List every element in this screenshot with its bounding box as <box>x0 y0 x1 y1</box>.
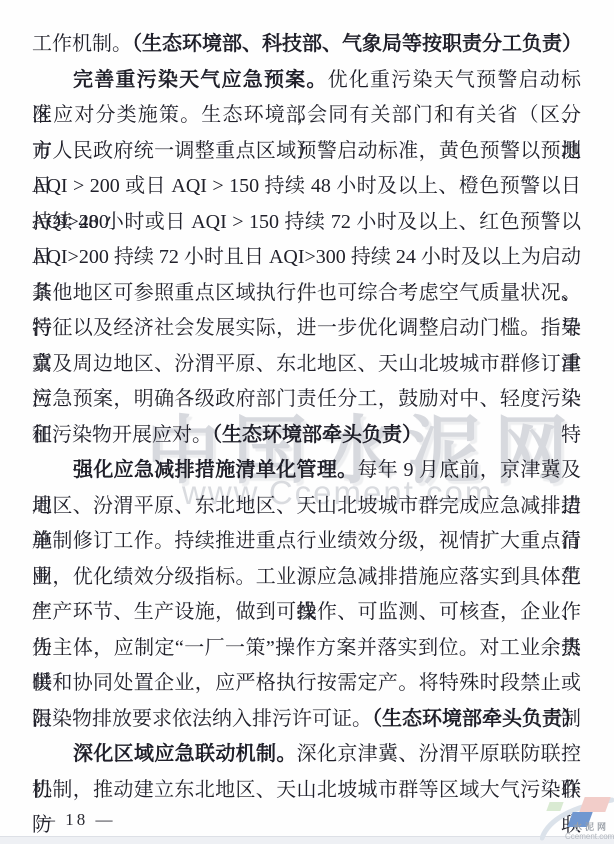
text-line: 机制，推动建立东北地区、天山北坡城市群等区域大气污染联防联 <box>32 773 581 809</box>
bold-text-segment: （生态环境部、科技部、气象局等按职责分工负责） <box>132 33 582 55</box>
text-line: AQI>200 持续 72 小时且日 AQI>300 持续 24 小时及以上为启… <box>32 240 581 276</box>
text-line: 区应对分类施策。生态环境部会同有关部门和有关省（区、市）地 <box>32 98 581 134</box>
text-line: 冀及周边地区、汾渭平原、东北地区、天山北坡城市群修订重污染 <box>32 347 581 383</box>
text-line: 应急预案，明确各级政府部门责任分工，鼓励对中、轻度污染和特 <box>32 382 581 418</box>
text-segment: 征污染物开展应对。 <box>32 424 212 446</box>
text-line: 污染物排放要求依法纳入排污许可证。（生态环境部牵头负责） <box>32 702 581 738</box>
logo-diamond-pink-icon <box>579 797 610 812</box>
text-line: 深化区域应急联动机制。深化京津冀、汾渭平原联防联控协作 <box>32 737 581 773</box>
text-line: 完善重污染天气应急预案。优化重污染天气预警启动标准，分 <box>32 63 581 99</box>
text-line: 工作机制。（生态环境部、科技部、气象局等按职责分工负责） <box>32 27 581 63</box>
text-line: 强化应急减排措施清单化管理。每年 9 月底前，京津冀及周边 <box>32 453 581 489</box>
text-line: 生产环节、生产设施，做到可操作、可监测、可核查，企业作为责 <box>32 595 581 631</box>
text-line: 单制修订工作。持续推进重点行业绩效分级，视情扩大重点行业范 <box>32 524 581 560</box>
bold-text-segment: 深化区域应急联动机制。 <box>73 743 297 765</box>
bold-text-segment: （生态环境部牵头负责） <box>372 708 582 730</box>
text-line: 其他地区可参照重点区域执行，也可综合考虑空气质量状况、污染 <box>32 276 581 312</box>
text-line: 方人民政府统一调整重点区域预警启动标准，黄色预警以预测日 <box>32 134 581 170</box>
text-segment: 工作机制。 <box>32 33 132 55</box>
document-page: 中国水泥网 www.Ccement.com 工作机制。（生态环境部、科技部、气象… <box>0 0 614 844</box>
text-line: 地区、汾渭平原、东北地区、天山北坡城市群完成应急减排措施清 <box>32 489 581 525</box>
text-line: 持续 48 小时或日 AQI > 150 持续 72 小时及以上、红色预警以日 <box>32 205 581 241</box>
text-segment: 污染物排放要求依法纳入排污许可证。 <box>32 708 372 730</box>
bold-text-segment: （生态环境部牵头负责） <box>212 424 422 446</box>
page-edge <box>0 836 614 844</box>
bold-text-segment: 强化应急减排措施清单化管理。 <box>73 459 357 481</box>
text-line: 围，优化绩效分级指标。工业源应急减排措施应落实到具体生产线、 <box>32 560 581 596</box>
ccement-logo: 水泥网 Ccement.com <box>540 792 614 844</box>
text-line: 暖和协同处置企业，应严格执行按需定产。将特殊时段禁止或限制 <box>32 666 581 702</box>
text-line: 任主体，应制定“一厂一策”操作方案并落实到位。对工业余热供 <box>32 631 581 667</box>
bold-text-segment: 完善重污染天气应急预案。 <box>73 69 328 91</box>
text-line: 特征以及经济社会发展实际，进一步优化调整启动门槛。指导京津 <box>32 311 581 347</box>
document-body: 工作机制。（生态环境部、科技部、气象局等按职责分工负责）完善重污染天气应急预案。… <box>32 27 581 808</box>
logo-domain-text: Ccement.com <box>565 832 614 841</box>
text-line: AQI > 200 或日 AQI > 150 持续 48 小时及以上、橙色预警以… <box>32 169 581 205</box>
page-number: — 18 — <box>38 810 116 830</box>
